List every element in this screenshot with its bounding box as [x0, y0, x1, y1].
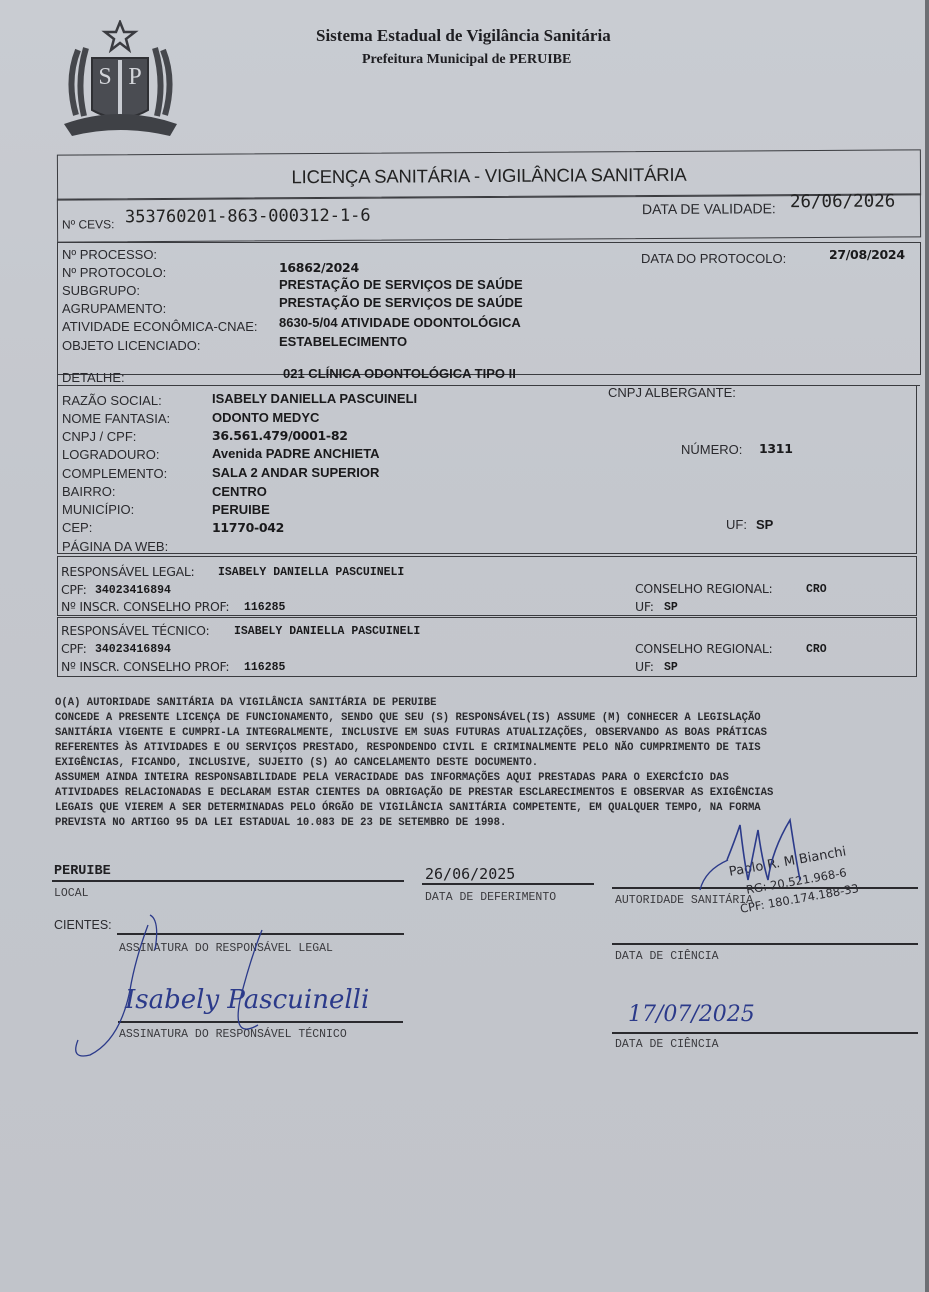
neighborhood-value: CENTRO	[212, 484, 267, 499]
complement-value: SALA 2 ANDAR SUPERIOR	[212, 465, 379, 480]
local-value: PERUIBE	[54, 864, 111, 879]
coat-of-arms-icon: S P	[58, 20, 183, 142]
zip-value: 11770-042	[212, 520, 284, 535]
authority-caption: AUTORIDADE SANITÁRIA	[615, 894, 753, 907]
validity-date: 26/06/2026	[790, 192, 895, 213]
company-name-value: ISABELY DANIELLA PASCUINELI	[212, 391, 417, 406]
zip-label: CEP:	[62, 520, 92, 535]
cnae-label: ATIVIDADE ECONÔMICA-CNAE:	[62, 319, 258, 334]
technical-registration-label: Nº INSCR. CONSELHO PROF:	[61, 659, 229, 674]
cevs-box: Nº CEVS: 353760201-863-000312-1-6 DATA D…	[57, 193, 921, 242]
technical-responsible-name: ISABELY DANIELLA PASCUINELI	[234, 625, 420, 638]
protocol-number-value: 16862/2024	[279, 260, 359, 275]
detail-label: DETALHE:	[62, 370, 125, 385]
host-cnpj-label: CNPJ ALBERGANTE:	[608, 385, 736, 400]
license-document: S P Sistema Estadual de Vigilância Sanit…	[0, 0, 929, 1292]
validity-label: DATA DE VALIDADE:	[642, 200, 776, 217]
system-title: Sistema Estadual de Vigilância Sanitária	[316, 26, 611, 46]
detail-value: 021 CLÍNICA ODONTOLÓGICA TIPO II	[283, 366, 516, 381]
trade-name-value: ODONTO MEDYC	[212, 410, 319, 425]
svg-text:P: P	[128, 64, 141, 90]
legal-responsible-label: RESPONSÁVEL LEGAL:	[61, 564, 194, 579]
establishment-section: RAZÃO SOCIAL: ISABELY DANIELLA PASCUINEL…	[57, 385, 917, 554]
cnpj-value: 36.561.479/0001-82	[212, 428, 348, 443]
number-value: 1311	[759, 441, 793, 456]
legal-declaration-text: O(A) AUTORIDADE SANITÁRIA DA VIGILÂNCIA …	[55, 696, 915, 831]
technical-responsible-label: RESPONSÁVEL TÉCNICO:	[61, 623, 209, 638]
cientes-label: CIENTES:	[54, 918, 112, 932]
deferment-caption: DATA DE DEFERIMENTO	[425, 891, 556, 904]
state-value: SP	[756, 517, 773, 532]
legal-signature-line	[117, 933, 404, 935]
grouping-label: AGRUPAMENTO:	[62, 301, 166, 316]
legal-council-label: CONSELHO REGIONAL:	[635, 581, 772, 596]
process-section: Nº PROCESSO: Nº PROTOCOLO: 16862/2024 SU…	[57, 242, 921, 375]
company-name-label: RAZÃO SOCIAL:	[62, 393, 162, 408]
subgroup-label: SUBGRUPO:	[62, 283, 140, 298]
detail-row: DETALHE: 021 CLÍNICA ODONTOLÓGICA TIPO I…	[57, 367, 920, 386]
street-value: Avenida PADRE ANCHIETA	[212, 446, 380, 461]
technical-registration-value: 116285	[244, 661, 285, 674]
protocol-number-label: Nº PROTOCOLO:	[62, 265, 166, 280]
legal-uf-value: SP	[664, 601, 678, 614]
technical-signature-line	[118, 1021, 403, 1023]
protocol-date-label: DATA DO PROTOCOLO:	[641, 251, 786, 266]
number-label: NÚMERO:	[681, 442, 742, 457]
technical-cpf-label: CPF:	[61, 641, 87, 656]
local-line	[52, 880, 404, 882]
city-label: MUNICÍPIO:	[62, 502, 134, 517]
technical-responsible-section: RESPONSÁVEL TÉCNICO: ISABELY DANIELLA PA…	[57, 617, 917, 677]
complement-label: COMPLEMENTO:	[62, 466, 167, 481]
legal-signature-caption: ASSINATURA DO RESPONSÁVEL LEGAL	[119, 942, 333, 955]
municipality-subtitle: Prefeitura Municipal de PERUIBE	[362, 52, 571, 68]
technical-council-label: CONSELHO REGIONAL:	[635, 641, 772, 656]
technical-cpf-value: 34023416894	[95, 643, 171, 656]
technical-uf-value: SP	[664, 661, 678, 674]
legal-responsible-section: RESPONSÁVEL LEGAL: ISABELY DANIELLA PASC…	[57, 556, 917, 616]
technical-signature-caption: ASSINATURA DO RESPONSÁVEL TÉCNICO	[119, 1028, 347, 1041]
website-label: PÁGINA DA WEB:	[62, 539, 168, 554]
legal-text-line: ASSUMEM AINDA INTEIRA RESPONSABILIDADE P…	[55, 771, 915, 786]
legal-text-line: PREVISTA NO ARTIGO 95 DA LEI ESTADUAL 10…	[55, 816, 915, 831]
legal-text-line: SANITÁRIA VIGENTE E CUMPRI-LA INTEGRALME…	[55, 726, 915, 741]
page-edge-shadow	[925, 0, 929, 1292]
cnpj-label: CNPJ / CPF:	[62, 429, 136, 444]
subgroup-value: PRESTAÇÃO DE SERVIÇOS DE SAÚDE	[279, 277, 523, 292]
legal-registration-label: Nº INSCR. CONSELHO PROF:	[61, 599, 229, 614]
cevs-number: 353760201-863-000312-1-6	[125, 206, 371, 228]
grouping-value: PRESTAÇÃO DE SERVIÇOS DE SAÚDE	[279, 295, 523, 310]
ciencia-line-1	[612, 943, 918, 945]
licensed-object-value: ESTABELECIMENTO	[279, 334, 407, 349]
ciencia-date-handwritten: 17/07/2025	[628, 1002, 755, 1027]
ciencia-line-2	[612, 1032, 918, 1034]
local-caption: LOCAL	[54, 887, 89, 900]
legal-uf-label: UF:	[635, 599, 654, 614]
cnae-value: 8630-5/04 ATIVIDADE ODONTOLÓGICA	[279, 315, 521, 330]
deferment-date-value: 26/06/2025	[425, 865, 515, 883]
legal-council-value: CRO	[806, 583, 827, 596]
deferment-line	[422, 883, 594, 885]
legal-text-line: REFERENTES ÀS ATIVIDADES E OU SERVIÇOS P…	[55, 741, 915, 756]
legal-cpf-value: 34023416894	[95, 584, 171, 597]
legal-text-line: LEGAIS QUE VIEREM A SER DETERMINADAS PEL…	[55, 801, 915, 816]
legal-text-line: EXIGÊNCIAS, FICANDO, INCLUSIVE, SUJEITO …	[55, 756, 915, 771]
svg-text:S: S	[98, 64, 111, 90]
handwritten-signature: Isabely Pascuinelli	[125, 985, 369, 1015]
licensed-object-label: OBJETO LICENCIADO:	[62, 338, 200, 353]
protocol-date-value: 27/08/2024	[829, 247, 905, 262]
trade-name-label: NOME FANTASIA:	[62, 411, 170, 426]
legal-text-line: CONCEDE A PRESENTE LICENÇA DE FUNCIONAME…	[55, 711, 915, 726]
state-label: UF:	[726, 517, 747, 532]
ciencia-caption-2: DATA DE CIÊNCIA	[615, 1038, 719, 1051]
technical-council-value: CRO	[806, 643, 827, 656]
legal-registration-value: 116285	[244, 601, 285, 614]
city-value: PERUIBE	[212, 502, 270, 517]
ciencia-caption-1: DATA DE CIÊNCIA	[615, 950, 719, 963]
legal-text-line: ATIVIDADES RELACIONADAS E DECLARAM ESTAR…	[55, 786, 915, 801]
street-label: LOGRADOURO:	[62, 447, 160, 462]
legal-responsible-name: ISABELY DANIELLA PASCUINELI	[218, 566, 404, 579]
process-number-label: Nº PROCESSO:	[62, 247, 157, 262]
legal-cpf-label: CPF:	[61, 582, 87, 597]
cevs-label: Nº CEVS:	[62, 217, 114, 231]
neighborhood-label: BAIRRO:	[62, 484, 115, 499]
license-title: LICENÇA SANITÁRIA - VIGILÂNCIA SANITÁRIA	[58, 162, 920, 189]
legal-text-line: O(A) AUTORIDADE SANITÁRIA DA VIGILÂNCIA …	[55, 696, 915, 711]
technical-uf-label: UF:	[635, 659, 654, 674]
